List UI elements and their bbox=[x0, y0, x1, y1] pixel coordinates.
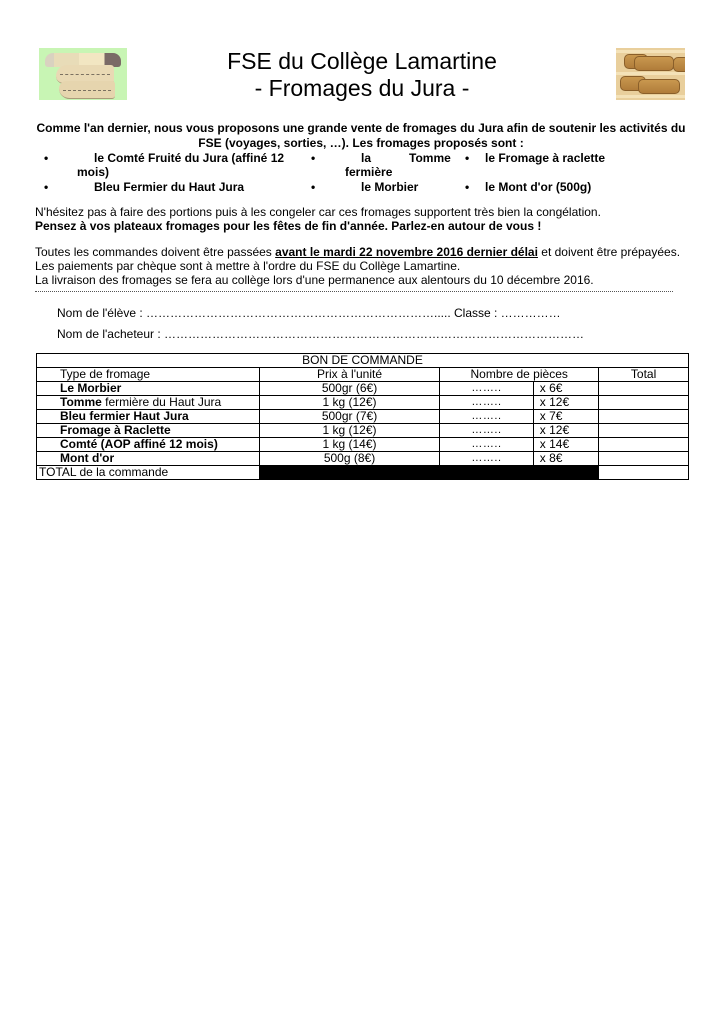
header-price: Prix à l'unité bbox=[259, 368, 439, 382]
delivery-line: La livraison des fromages se fera au col… bbox=[35, 273, 594, 287]
list-item: Bleu Fermier du Haut Jura bbox=[94, 180, 244, 195]
list-item: le Morbier bbox=[361, 180, 418, 195]
cheese-name: Tomme fermière du Haut Jura bbox=[37, 396, 260, 410]
buyer-name-field[interactable]: Nom de l'acheteur : ……………………………………………………… bbox=[57, 327, 584, 341]
total-blackout bbox=[259, 466, 598, 480]
header-type: Type de fromage bbox=[37, 368, 260, 382]
unit-multiplier: x 6€ bbox=[533, 382, 598, 396]
bullet-icon: • bbox=[465, 180, 469, 195]
list-item: la bbox=[361, 151, 371, 166]
deadline-line: Toutes les commandes doivent être passée… bbox=[35, 245, 680, 259]
list-item: le Mont d'or (500g) bbox=[485, 180, 591, 195]
unit-multiplier: x 7€ bbox=[533, 410, 598, 424]
total-value[interactable] bbox=[599, 466, 689, 480]
table-header-row: Type de fromage Prix à l'unité Nombre de… bbox=[37, 368, 689, 382]
unit-price: 1 kg (14€) bbox=[259, 438, 439, 452]
deadline-date: avant le mardi 22 novembre 2016 dernier … bbox=[275, 245, 538, 259]
cheese-name: Le Morbier bbox=[37, 382, 260, 396]
intro-text: Comme l'an dernier, nous vous proposons … bbox=[36, 121, 686, 151]
quantity-field[interactable]: …….. bbox=[440, 382, 534, 396]
row-total-field[interactable] bbox=[599, 424, 689, 438]
total-label: TOTAL de la commande bbox=[37, 466, 260, 480]
cheese-name: Comté (AOP affiné 12 mois) bbox=[37, 438, 260, 452]
quantity-field[interactable]: …….. bbox=[440, 410, 534, 424]
unit-multiplier: x 8€ bbox=[533, 452, 598, 466]
unit-price: 500g (8€) bbox=[259, 452, 439, 466]
table-row: Bleu fermier Haut Jura500gr (7€)……..x 7€ bbox=[37, 410, 689, 424]
student-name-field[interactable]: Nom de l'élève : ……………………………………………………………… bbox=[57, 306, 561, 320]
row-total-field[interactable] bbox=[599, 382, 689, 396]
total-row: TOTAL de la commande bbox=[37, 466, 689, 480]
list-item-cont: mois) bbox=[77, 165, 109, 180]
quantity-field[interactable]: …….. bbox=[440, 424, 534, 438]
cheese-name: Bleu fermier Haut Jura bbox=[37, 410, 260, 424]
quantity-field[interactable]: …….. bbox=[440, 396, 534, 410]
bullet-icon: • bbox=[44, 180, 48, 195]
list-item-cont: fermière bbox=[345, 165, 392, 180]
page-title: FSE du Collège Lamartine - Fromages du J… bbox=[0, 48, 724, 102]
platter-note: Pensez à vos plateaux fromages pour les … bbox=[35, 219, 541, 233]
unit-price: 500gr (7€) bbox=[259, 410, 439, 424]
row-total-field[interactable] bbox=[599, 410, 689, 424]
row-total-field[interactable] bbox=[599, 396, 689, 410]
list-item: le Comté Fruité du Jura (affiné 12 bbox=[94, 151, 284, 166]
list-item: Tomme bbox=[409, 151, 451, 166]
title-line-1: FSE du Collège Lamartine bbox=[0, 48, 724, 75]
table-title-row: BON DE COMMANDE bbox=[37, 354, 689, 368]
unit-price: 1 kg (12€) bbox=[259, 396, 439, 410]
unit-price: 500gr (6€) bbox=[259, 382, 439, 396]
table-row: Mont d'or500g (8€)……..x 8€ bbox=[37, 452, 689, 466]
quantity-field[interactable]: …….. bbox=[440, 438, 534, 452]
cheese-name: Fromage à Raclette bbox=[37, 424, 260, 438]
table-row: Comté (AOP affiné 12 mois)1 kg (14€)……..… bbox=[37, 438, 689, 452]
header-total: Total bbox=[599, 368, 689, 382]
unit-price: 1 kg (12€) bbox=[259, 424, 439, 438]
bullet-icon: • bbox=[465, 151, 469, 166]
row-total-field[interactable] bbox=[599, 452, 689, 466]
bullet-icon: • bbox=[44, 151, 48, 166]
bullet-icon: • bbox=[311, 151, 315, 166]
unit-multiplier: x 14€ bbox=[533, 438, 598, 452]
table-row: Fromage à Raclette1 kg (12€)……..x 12€ bbox=[37, 424, 689, 438]
bullet-icon: • bbox=[311, 180, 315, 195]
table-row: Tomme fermière du Haut Jura1 kg (12€)…….… bbox=[37, 396, 689, 410]
table-title: BON DE COMMANDE bbox=[37, 354, 689, 368]
unit-multiplier: x 12€ bbox=[533, 396, 598, 410]
title-line-2: - Fromages du Jura - bbox=[0, 75, 724, 102]
header-quantity: Nombre de pièces bbox=[440, 368, 599, 382]
list-item: le Fromage à raclette bbox=[485, 151, 605, 166]
cheese-name: Mont d'or bbox=[37, 452, 260, 466]
cut-line-divider bbox=[35, 291, 673, 292]
unit-multiplier: x 12€ bbox=[533, 424, 598, 438]
order-form-table: BON DE COMMANDE Type de fromage Prix à l… bbox=[36, 353, 689, 480]
table-row: Le Morbier500gr (6€)……..x 6€ bbox=[37, 382, 689, 396]
freeze-note: N'hésitez pas à faire des portions puis … bbox=[35, 205, 601, 219]
payment-line: Les paiements par chèque sont à mettre à… bbox=[35, 259, 460, 273]
row-total-field[interactable] bbox=[599, 438, 689, 452]
quantity-field[interactable]: …….. bbox=[440, 452, 534, 466]
